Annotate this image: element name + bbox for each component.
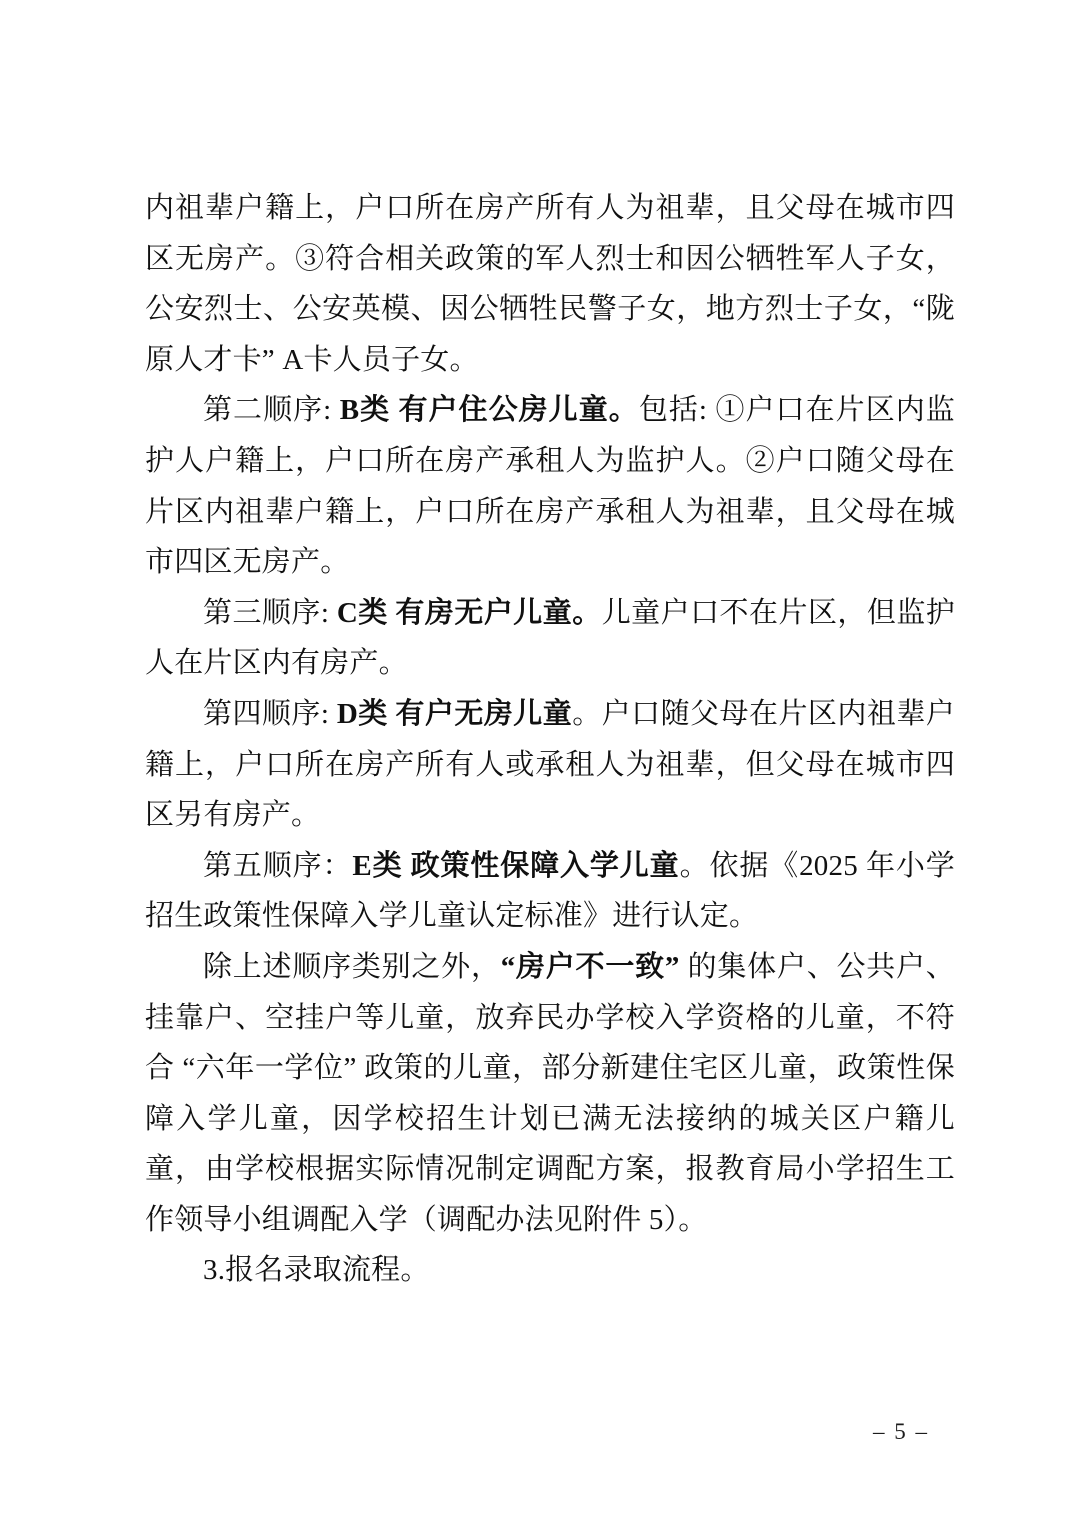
paragraph-4: 第四顺序: D类 有户无房儿童。户口随父母在片区内祖辈户籍上，户口所在房产所有人… — [145, 689, 955, 841]
text-run-bold: C类 有房无户儿童。 — [337, 597, 602, 629]
paragraph-2: 第二顺序: B类 有户住公房儿童。包括: ①户口在片区内监护人户籍上，户口所在房… — [145, 385, 955, 587]
text-run: 的集体户、公共户、挂靠户、空挂户等儿童，放弃民办学校入学资格的儿童，不符合 “六… — [145, 951, 955, 1236]
text-run: 第四顺序: — [203, 698, 337, 730]
document-page: 内祖辈户籍上，户口所在房产所有人为祖辈，且父母在城市四区无房产。③符合相关政策的… — [0, 0, 1080, 1527]
text-run-bold: “房户不一致” — [501, 951, 680, 983]
text-run: 3.报名录取流程。 — [203, 1254, 430, 1286]
text-run: 第五顺序： — [203, 850, 352, 882]
text-run: 第三顺序: — [203, 597, 337, 629]
paragraph-3: 第三顺序: C类 有房无户儿童。儿童户口不在片区，但监护人在片区内有房产。 — [145, 588, 955, 689]
paragraph-1: 内祖辈户籍上，户口所在房产所有人为祖辈，且父母在城市四区无房产。③符合相关政策的… — [145, 183, 955, 385]
text-run: 除上述顺序类别之外， — [203, 951, 501, 983]
text-run: 第二顺序: — [203, 394, 340, 426]
paragraph-6: 除上述顺序类别之外，“房户不一致” 的集体户、公共户、挂靠户、空挂户等儿童，放弃… — [145, 942, 955, 1246]
text-run: 内祖辈户籍上，户口所在房产所有人为祖辈，且父母在城市四区无房产。③符合相关政策的… — [145, 192, 955, 376]
page-number: – 5 – — [836, 1416, 966, 1448]
paragraph-5: 第五顺序：E类 政策性保障入学儿童。依据《2025 年小学招生政策性保障入学儿童… — [145, 841, 955, 942]
text-run-bold: E类 政策性保障入学儿童 — [352, 850, 679, 882]
text-run-bold: D类 有户无房儿童 — [337, 698, 572, 730]
document-body: 内祖辈户籍上，户口所在房产所有人为祖辈，且父母在城市四区无房产。③符合相关政策的… — [145, 183, 955, 1296]
paragraph-7: 3.报名录取流程。 — [145, 1245, 955, 1296]
text-run-bold: B类 有户住公房儿童。 — [340, 394, 639, 426]
